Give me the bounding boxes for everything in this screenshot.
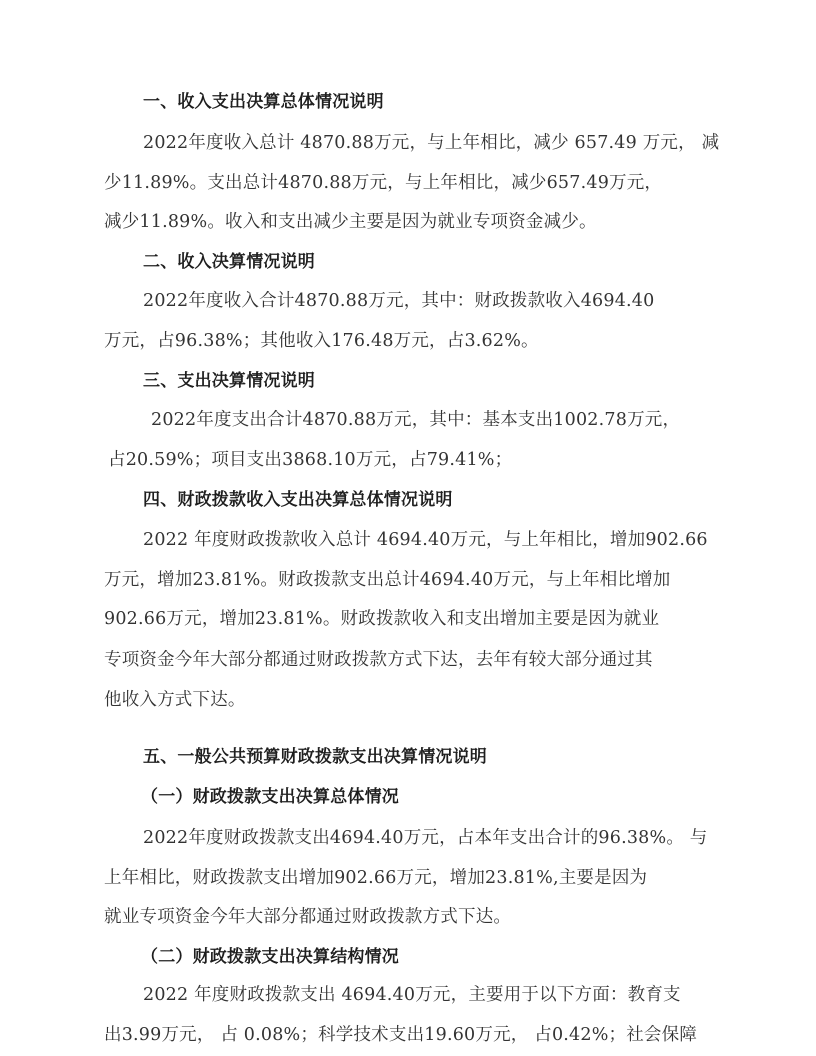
section-1-line-3: 减少11.89%。收入和支出减少主要是因为就业专项资金减少。 bbox=[104, 211, 597, 233]
section-4-line-1: 2022 年度财政拨款收入总计 4694.40万元，与上年相比，增加902.66 bbox=[143, 529, 708, 551]
section-2-heading: 二、收入决算情况说明 bbox=[143, 251, 315, 273]
section-4-line-3: 902.66万元，增加23.81%。财政拨款收入和支出增加主要是因为就业 bbox=[104, 608, 659, 630]
section-5-2-line-2: 出3.99万元， 占 0.08%；科学技术支出19.60万元， 占0.42%；社… bbox=[104, 1024, 697, 1046]
section-1-line-2: 少11.89%。支出总计4870.88万元，与上年相比，减少657.49万元， bbox=[104, 172, 662, 194]
section-4-heading: 四、财政拨款收入支出决算总体情况说明 bbox=[143, 489, 453, 511]
section-2-line-1: 2022年度收入合计4870.88万元，其中：财政拨款收入4694.40 bbox=[143, 290, 654, 312]
section-5-1-line-3: 就业专项资金今年大部分都通过财政拨款方式下达。 bbox=[104, 906, 511, 928]
section-4-line-2: 万元，增加23.81%。财政拨款支出总计4694.40万元，与上年相比增加 bbox=[104, 569, 671, 591]
section-5-1-line-2: 上年相比，财政拨款支出增加902.66万元，增加23.81%,主要是因为 bbox=[104, 867, 647, 889]
section-2-line-2: 万元，占96.38%；其他收入176.48万元，占3.62%。 bbox=[104, 330, 539, 352]
section-5-1-heading: （一）财政拨款支出决算总体情况 bbox=[141, 786, 399, 808]
section-3-line-2: 占20.59%；项目支出3868.10万元，占79.41%； bbox=[108, 449, 512, 471]
section-4-line-5: 他收入方式下达。 bbox=[104, 689, 246, 711]
section-3-line-1: 2022年度支出合计4870.88万元，其中：基本支出1002.78万元， bbox=[151, 409, 680, 431]
section-1-heading: 一、收入支出决算总体情况说明 bbox=[143, 91, 384, 113]
section-4-line-4: 专项资金今年大部分都通过财政拨款方式下达，去年有较大部分通过其 bbox=[104, 649, 653, 671]
section-5-heading: 五、一般公共预算财政拨款支出决算情况说明 bbox=[143, 746, 487, 768]
section-3-heading: 三、支出决算情况说明 bbox=[143, 370, 315, 392]
section-1-line-1: 2022年度收入总计 4870.88万元，与上年相比，减少 657.49 万元，… bbox=[143, 132, 719, 154]
section-5-1-line-1: 2022年度财政拨款支出4694.40万元，占本年支出合计的96.38%。 与 bbox=[143, 827, 708, 849]
section-5-2-heading: （二）财政拨款支出决算结构情况 bbox=[141, 946, 399, 968]
section-5-2-line-1: 2022 年度财政拨款支出 4694.40万元，主要用于以下方面：教育支 bbox=[143, 984, 681, 1006]
